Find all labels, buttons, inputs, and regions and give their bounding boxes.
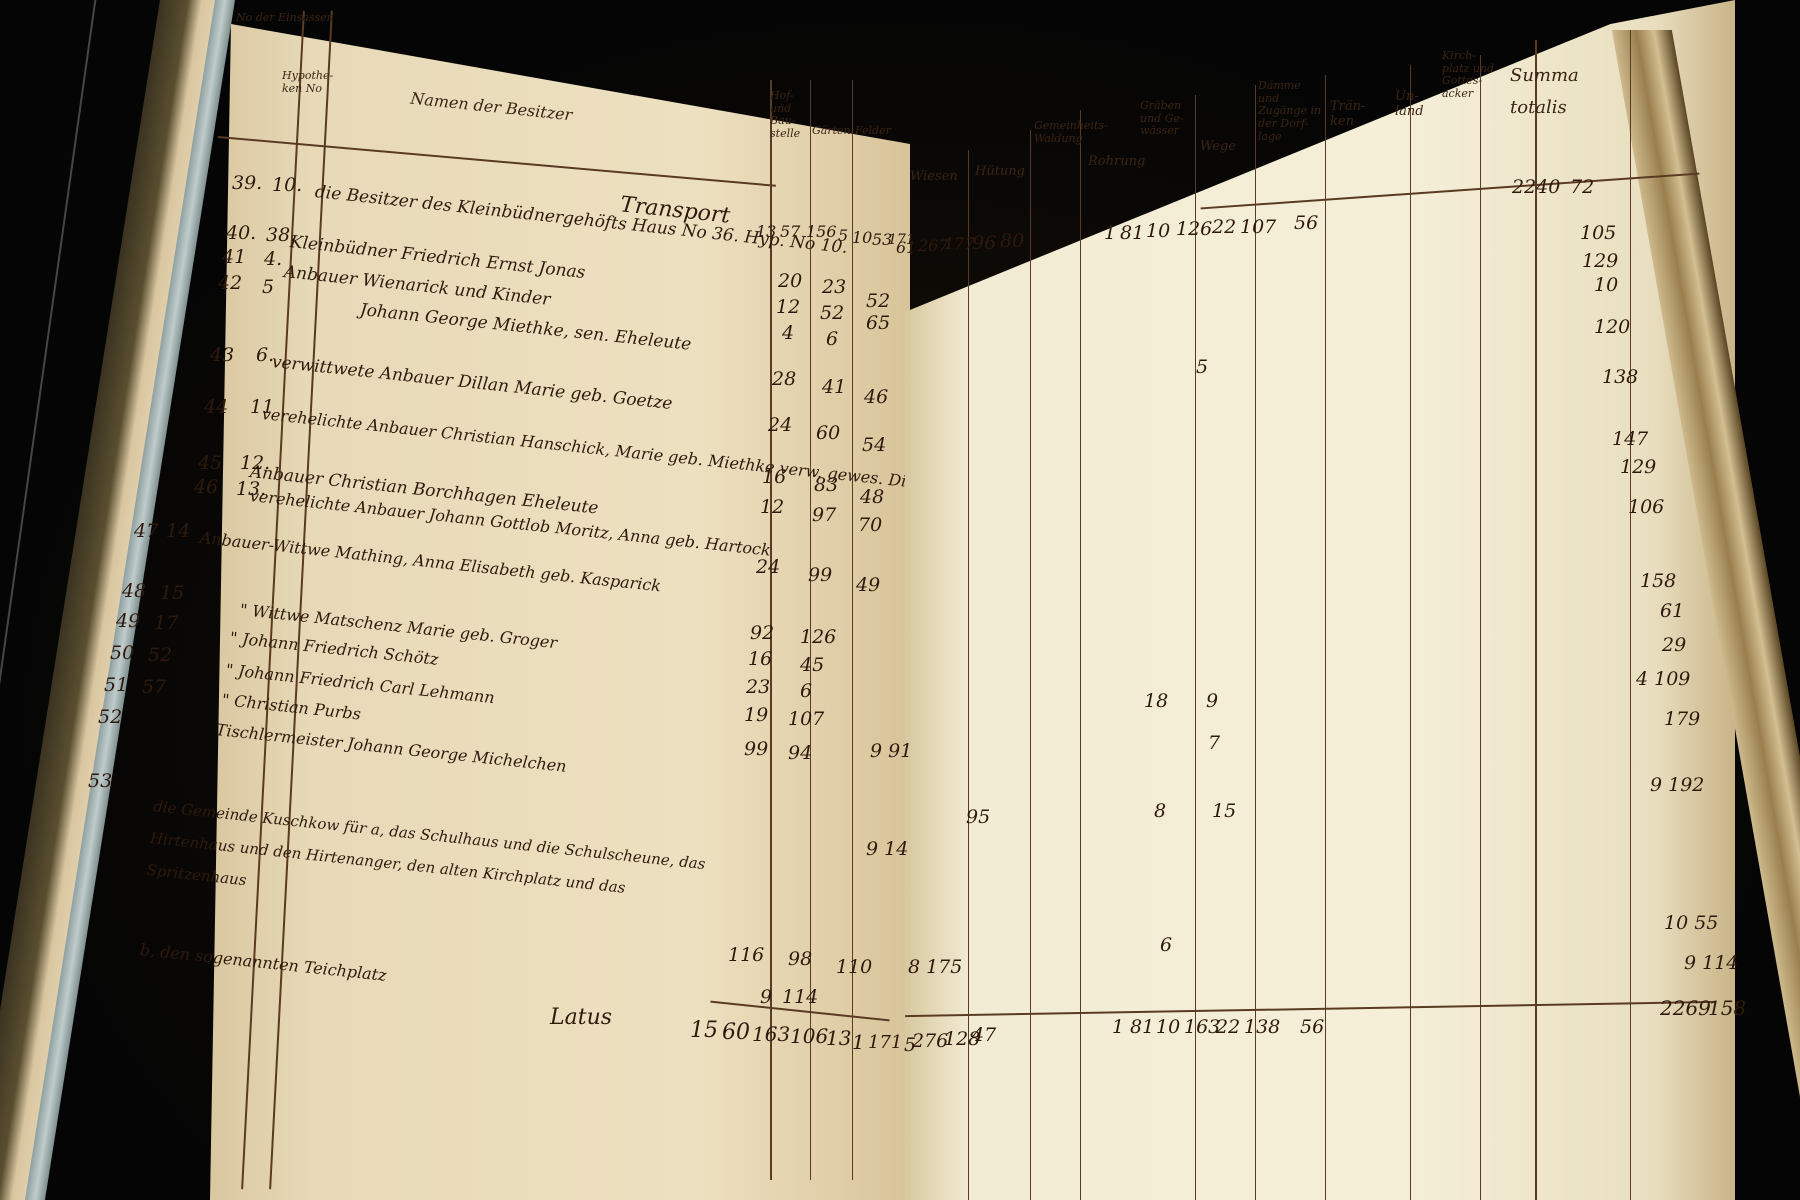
cell-value: 9 14 (866, 838, 908, 860)
cell-value: 129 (1582, 250, 1618, 272)
header-col-hypothek: Hypothe-ken No (282, 70, 322, 95)
cell-value: 107 (1240, 216, 1276, 238)
cell-value: 12 (776, 296, 800, 318)
cell-value: 177 (944, 234, 975, 253)
cell-value: 156 (806, 222, 837, 241)
row-nr: 51 (104, 674, 128, 696)
cell-value: 98 (788, 948, 812, 970)
cell-value: 129 (1620, 456, 1656, 478)
header-graeben: Gräben und Ge-wässer (1140, 100, 1192, 138)
cell-value: 9 (1206, 690, 1218, 712)
cell-value: 47 (972, 1024, 996, 1046)
row-hyp: 5 (262, 276, 274, 298)
cell-value: 10 (1156, 1016, 1180, 1038)
cell-value: 96 (972, 232, 996, 254)
cell-value: 60 (722, 1020, 750, 1045)
cell-value: 52 (820, 302, 844, 324)
row-hyp: 17 (154, 612, 178, 634)
cell-value: 23 (822, 276, 846, 298)
cell-value: 45 (800, 654, 824, 676)
header-huetung: Hütung (975, 165, 1025, 180)
cell-value: 81 (1130, 1016, 1154, 1038)
row-nr: 40. (226, 222, 256, 244)
cell-value: 1 (1112, 1016, 1124, 1038)
cell-value: 7 (1208, 732, 1220, 754)
header-traenken: Trän-ken (1330, 100, 1370, 130)
cell-value: 13 (826, 1026, 851, 1050)
header-unland: Un-land (1395, 90, 1435, 120)
cell-value: 138 (1244, 1016, 1280, 1038)
cell-value: 107 (788, 708, 824, 730)
cell-value: 120 (1594, 316, 1630, 338)
cell-value: 15 (690, 1018, 718, 1043)
header-kirchplatz: Kirch-platz und Gottes-acker (1442, 50, 1502, 101)
cell-value: 105 (1580, 222, 1616, 244)
cell-value: 48 (860, 486, 884, 508)
cell-value: 147 (1612, 428, 1648, 450)
row-nr: 46 (194, 476, 218, 498)
cell-value: 94 (788, 742, 812, 764)
cell-value: 138 (1602, 366, 1638, 388)
cell-value: 6 (800, 680, 812, 702)
cell-value: 10 55 (1664, 912, 1718, 934)
cell-value: 24 (768, 414, 792, 436)
header-col-hof: Hof- und Bau-stelle (770, 90, 806, 141)
cell-value: 9 192 (1650, 774, 1704, 796)
cell-value: 29 (1662, 634, 1686, 656)
cell-value: 1 (1104, 222, 1116, 244)
cell-value: 46 (864, 386, 888, 408)
cell-value: 8 175 (908, 956, 962, 978)
cell-value: 110 (836, 956, 872, 978)
cell-value: 99 (808, 564, 832, 586)
row-nr: 44 (204, 396, 228, 418)
cell-value: 95 (966, 806, 990, 828)
cell-value: 9 (760, 986, 772, 1008)
cell-value: 8 (1154, 800, 1166, 822)
cell-value: 16 (762, 466, 786, 488)
header-gemeinheits-waldung: Gemeinheits-Waldung (1034, 120, 1078, 145)
cell-value: 80 (1000, 230, 1024, 252)
cell-value: 158 (1708, 996, 1746, 1020)
cell-value: 276 (912, 1030, 948, 1052)
row-nr: 41 (222, 246, 246, 268)
cell-value: 163 (1184, 1016, 1220, 1038)
cell-value: 54 (862, 434, 886, 456)
cell-value: 9 114 (1684, 952, 1738, 974)
row-hyp: 15 (160, 582, 184, 604)
cell-value: 56 (1294, 212, 1318, 234)
row-nr: 48 (122, 580, 146, 602)
header-wiesen: Wiesen (910, 170, 958, 185)
cell-value: 97 (812, 504, 836, 526)
cell-value: 2240 (1512, 176, 1560, 198)
cell-value: 5 (1196, 356, 1208, 378)
cell-value: 16 (748, 648, 772, 670)
header-rohrung: Rohrung (1088, 155, 1145, 170)
cell-value: 22 (1212, 216, 1236, 238)
row-hyp: 10. (272, 174, 302, 196)
cell-value: 81 (1120, 222, 1144, 244)
cell-value: 6 (826, 328, 838, 350)
cell-value: 12 (760, 496, 784, 518)
row-hyp: 52 (148, 644, 172, 666)
cell-value: 10 (852, 228, 872, 247)
cell-value: 114 (782, 986, 818, 1008)
cell-value: 28 (772, 368, 796, 390)
header-wege: Wege (1200, 140, 1236, 155)
cell-value: 126 (1176, 218, 1212, 240)
cell-value: 5 (838, 226, 848, 245)
row-hyp: 14 (166, 520, 190, 542)
cell-value: 4 (782, 322, 794, 344)
header-col-no: No der Einsassen (236, 12, 334, 25)
cell-value: 10 (1146, 220, 1170, 242)
cell-value: 52 (866, 290, 890, 312)
cell-value: 106 (790, 1024, 828, 1048)
cell-value: 9 91 (870, 740, 912, 762)
cell-value: 18 (1144, 690, 1168, 712)
cell-value: 65 (866, 312, 890, 334)
header-daemme: Dämme und Zugänge in der Dorf-lage (1258, 80, 1322, 143)
cell-value: 61 (1660, 600, 1684, 622)
latus-label: Latus (550, 1005, 612, 1030)
header-summa-totalis: Summa totalis (1510, 60, 1600, 125)
row-nr: 50 (110, 642, 134, 664)
cell-value: 2269 (1660, 996, 1711, 1020)
cell-value: 60 (816, 422, 840, 444)
cell-value: 99 (744, 738, 768, 760)
row-nr: 49 (116, 610, 140, 632)
row-hyp: 57 (142, 676, 166, 698)
cell-value: 19 (744, 704, 768, 726)
row-nr: 42 (218, 272, 242, 294)
row-hyp: 4. (264, 248, 282, 270)
cell-value: 24 (756, 556, 780, 578)
cell-value: 15 (1212, 800, 1236, 822)
cell-value: 41 (822, 376, 846, 398)
cell-value: 70 (858, 514, 882, 536)
cell-value: 116 (728, 944, 764, 966)
row-nr: 45 (198, 452, 222, 474)
cell-value: 4 109 (1636, 668, 1690, 690)
cell-value: 158 (1640, 570, 1676, 592)
cell-value: 57 (780, 222, 800, 241)
cell-value: 23 (746, 676, 770, 698)
cell-value: 56 (1300, 1016, 1324, 1038)
cell-value: 179 (1664, 708, 1700, 730)
cell-value: 126 (800, 626, 836, 648)
cell-value: 49 (856, 574, 880, 596)
cell-value: 72 (1570, 176, 1594, 198)
cell-value: 1 (852, 1030, 865, 1054)
row-nr: 43 (210, 344, 234, 366)
cell-value: 10 (1594, 274, 1618, 296)
cell-value: 163 (752, 1022, 790, 1046)
row-nr: 47 (134, 520, 158, 542)
cell-value: 106 (1628, 496, 1664, 518)
row-nr: 52 (98, 706, 122, 728)
row-nr: 53 (88, 770, 112, 792)
cell-value: 83 (814, 474, 838, 496)
cell-value: 22 (1216, 1016, 1240, 1038)
cell-value: 61 (896, 238, 916, 257)
cell-value: 92 (750, 622, 774, 644)
header-col-gaerten: Gärten (812, 125, 851, 138)
row-nr: 39. (232, 172, 262, 194)
cell-value: 20 (778, 270, 802, 292)
cell-value: 6 (1160, 934, 1172, 956)
cell-value: 13 (756, 222, 776, 241)
cell-value: 171 (868, 1032, 902, 1053)
header-col-felder: Felder (855, 125, 891, 138)
